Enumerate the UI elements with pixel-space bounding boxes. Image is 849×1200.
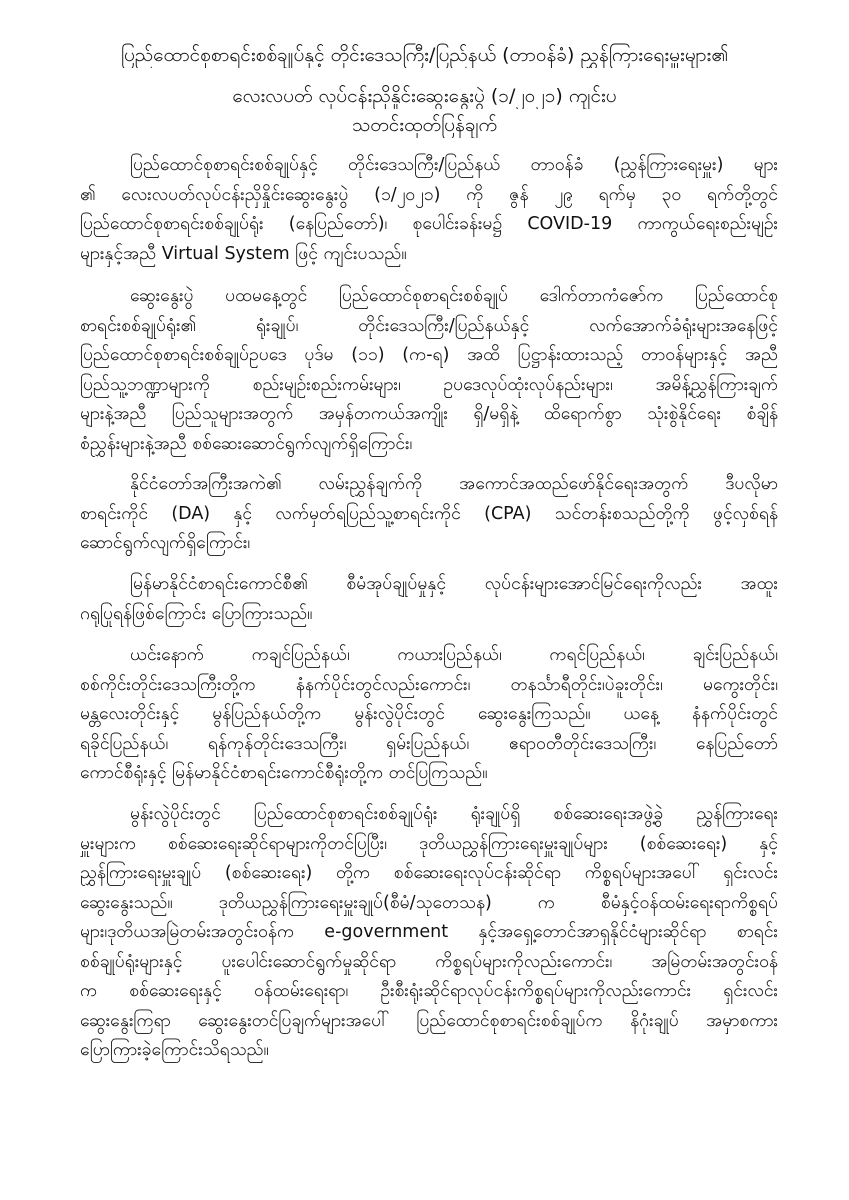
paragraph-line: ရခိုင်ပြည်နယ်၊ ရန်ကုန်တိုင်းဒေသကြီး၊ ရှမ…: [80, 731, 778, 757]
paragraph-line: မြန်မာနိုင်ငံစာရင်းကောင်စီ၏ စီမံအုပ်ချုပ…: [130, 571, 778, 597]
paragraph-line: ပြည်ထောင်စုစာရင်းစစ်ချုပ်ဥပဒေ ပုဒ်မ (၁၁)…: [80, 342, 778, 368]
paragraph-line: ပြည်ထောင်စုစာရင်းစစ်ချုပ်နှင့် တိုင်းဒေသ…: [130, 152, 778, 178]
document-page: ပြည်ထောင်စုစာရင်းစစ်ချုပ်နှင့် တိုင်းဒေသ…: [0, 0, 849, 1200]
paragraph-line: ပြည်သူ့ဘဏ္ဍာများကို စည်းမျဉ်းစည်းကမ်းမျာ…: [80, 372, 778, 398]
paragraph-line: ကောင်စီရုံးနှင့် မြန်မာနိုင်ငံစာရင်းကောင…: [80, 760, 778, 786]
paragraph-line: စစ်ကိုင်းတိုင်းဒေသကြီးတို့က နံနက်ပိုင်းတ…: [80, 672, 778, 698]
paragraph-line: စာရင်းကိုင် (DA) နှင့် လက်မှတ်ရပြည်သူ့စာ…: [80, 501, 778, 527]
paragraph-line: ဆွေးနွေးပွဲ ပထမနေ့တွင် ပြည်ထောင်စုစာရင်း…: [130, 283, 778, 309]
paragraph-line: မွန်းလွဲပိုင်းတွင် ပြည်ထောင်စုစာရင်းစစ်ခ…: [130, 801, 778, 827]
paragraph-line: ပြောကြားခဲ့ကြောင်းသိရသည်။: [80, 1037, 778, 1063]
paragraph-line: စံညွှန်းများနဲ့အညီ စစ်ဆေးဆောင်ရွက်လျက်ရှ…: [80, 431, 778, 457]
paragraph-line: ညွှန်ကြားရေးမှူးချုပ် (စစ်ဆေးရေး) တို့က …: [80, 860, 778, 886]
paragraph-line: များနှင့်အညီ Virtual System ဖြင့် ကျင်းပ…: [80, 241, 778, 267]
paragraph-line: ယင်းနောက် ကချင်ပြည်နယ်၊ ကယားပြည်နယ်၊ ကရင…: [130, 642, 778, 668]
paragraph-line: ပြည်ထောင်စုစာရင်းစစ်ချုပ်ရုံး (နေပြည်တော…: [80, 211, 778, 237]
document-title-line-1: ပြည်ထောင်စုစာရင်းစစ်ချုပ်နှင့် တိုင်းဒေသ…: [0, 42, 849, 68]
paragraph-line: နိုင်ငံတော်အကြီးအကဲ၏ လမ်းညွှန်ချက်ကို အက…: [130, 471, 778, 497]
paragraph-line: များနဲ့အညီ ပြည်သူများအတွက် အမှန်တကယ်အကျိ…: [80, 401, 778, 427]
document-title-line-3: သတင်းထုတ်ပြန်ချက်: [0, 112, 849, 138]
paragraph-line: စာရင်းစစ်ချုပ်ရုံး၏ ရုံးချုပ်၊ တိုင်းဒေသ…: [80, 313, 778, 339]
paragraph-line: စစ်ချုပ်ရုံးများနှင့် ပူးပေါင်းဆောင်ရွက်…: [80, 949, 778, 975]
paragraph-line: ၏ လေးလပတ်လုပ်ငန်းညှိနှိုင်းဆွေးနွေးပွဲ (…: [80, 182, 778, 208]
paragraph-line: က စစ်ဆေးရေးနှင့် ဝန်ထမ်းရေးရာ၊ ဦးစီးရုံး…: [80, 978, 778, 1004]
paragraph-line: ဆောင်ရွက်လျက်ရှိကြောင်း၊: [80, 530, 778, 556]
paragraph-line: မန္တလေးတိုင်းနှင့် မွန်ပြည်နယ်တို့က မွန်…: [80, 701, 778, 727]
document-title-line-2: လေးလပတ် လုပ်ငန်းညှိနှိုင်းဆွေးနွေးပွဲ (၁…: [0, 83, 849, 109]
paragraph-line: ဆွေးနွေးသည်။ ဒုတိယညွှန်ကြားရေးမှူးချုပ်(…: [80, 890, 778, 916]
paragraph-line: မှူးများက စစ်ဆေးရေးဆိုင်ရာများကိုတင်ပြပြ…: [80, 831, 778, 857]
paragraph-line: ဆွေးနွေးကြရာ ဆွေးနွေးတင်ပြချက်များအပေါ် …: [80, 1008, 778, 1034]
paragraph-line: ဂရုပြုရန်ဖြစ်ကြောင်း ပြောကြားသည်။: [80, 601, 778, 627]
paragraph-line: များ၊ဒုတိယအမြဲတမ်းအတွင်းဝန်က e-governmen…: [80, 919, 778, 945]
